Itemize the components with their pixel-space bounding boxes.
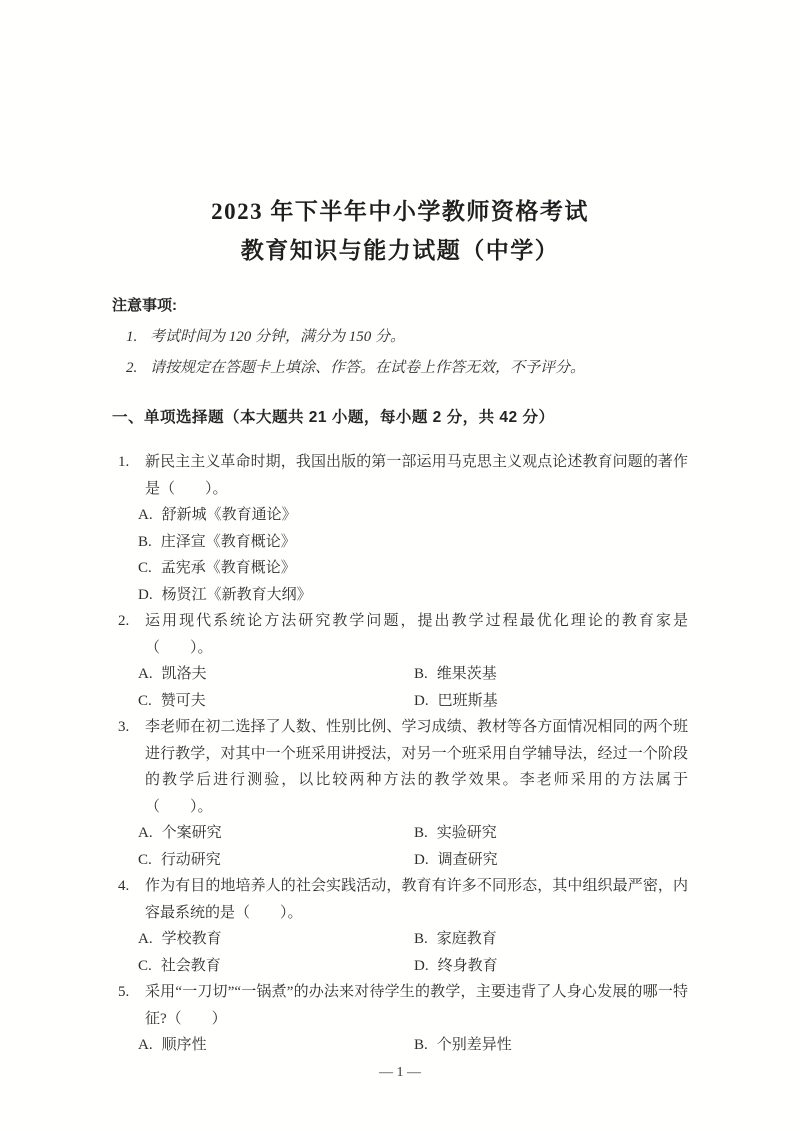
option-d: D.调查研究 <box>414 847 688 874</box>
option-label: B. <box>414 926 428 953</box>
option-label: B. <box>414 1032 428 1059</box>
question-body: 作为有目的地培养人的社会实践活动，教育有许多不同形态，其中组织最严密，内容最系统… <box>145 873 688 979</box>
option-c: C.社会教育 <box>138 953 414 980</box>
question-item-4: 4. 作为有目的地培养人的社会实践活动，教育有许多不同形态，其中组织最严密，内容… <box>118 873 688 979</box>
notice-section: 注意事项: 1. 考试时间为 120 分钟，满分为 150 分。 2. 请按规定… <box>118 294 688 384</box>
option-text: 舒新城《教育通论》 <box>162 507 297 523</box>
option-b: B.个别差异性 <box>414 1032 688 1059</box>
option-label: B. <box>138 529 152 556</box>
notice-item-text: 考试时间为 120 分钟，满分为 150 分。 <box>150 322 405 353</box>
option-d: D.终身教育 <box>414 953 688 980</box>
option-label: C. <box>138 847 152 874</box>
option-label: A. <box>138 1032 153 1059</box>
option-text: 学校教育 <box>162 931 222 947</box>
notice-item-text: 请按规定在答题卡上填涂、作答。在试卷上作答无效，不予评分。 <box>150 353 585 384</box>
option-a: A.学校教育 <box>138 926 414 953</box>
option-c: C.赞可夫 <box>138 688 414 715</box>
question-body: 新民主主义革命时期，我国出版的第一部运用马克思主义观点论述教育问题的著作是（ ）… <box>145 449 688 608</box>
question-number: 2. <box>118 608 145 635</box>
option-text: 行动研究 <box>161 852 221 868</box>
option-label: A. <box>138 926 153 953</box>
option-text: 终身教育 <box>438 958 498 974</box>
option-text: 社会教育 <box>161 958 221 974</box>
question-number: 4. <box>118 873 145 900</box>
question-item-5: 5. 采用“一刀切”“一锅煮”的办法来对待学生的教学，主要违背了人身心发展的哪一… <box>118 979 688 1059</box>
option-label: D. <box>414 953 429 980</box>
page-number: — 1 — <box>0 1062 800 1084</box>
option-b: B.维果茨基 <box>414 661 688 688</box>
question-text: 运用现代系统论方法研究教学问题，提出教学过程最优化理论的教育家是（ ）。 <box>145 608 688 661</box>
exam-title-line2: 教育知识与能力试题（中学） <box>0 231 800 270</box>
question-text: 作为有目的地培养人的社会实践活动，教育有许多不同形态，其中组织最严密，内容最系统… <box>145 873 688 926</box>
option-label: C. <box>138 953 152 980</box>
option-c: C.行动研究 <box>138 847 414 874</box>
option-text: 顺序性 <box>162 1037 207 1053</box>
option-c: C.孟宪承《教育概论》 <box>138 555 688 582</box>
section-heading: 一、单项选择题（本大题共 21 小题，每小题 2 分，共 42 分） <box>112 405 688 427</box>
option-a: A.个案研究 <box>138 820 414 847</box>
notice-item: 2. 请按规定在答题卡上填涂、作答。在试卷上作答无效，不予评分。 <box>126 353 688 384</box>
option-text: 凯洛夫 <box>162 666 207 682</box>
option-label: B. <box>414 661 428 688</box>
notice-heading: 注意事项: <box>112 294 688 315</box>
option-label: C. <box>138 555 152 582</box>
exam-title-line1: 2023 年下半年中小学教师资格考试 <box>0 192 800 231</box>
option-a: A.舒新城《教育通论》 <box>138 502 688 529</box>
option-text: 庄泽宣《教育概论》 <box>161 534 296 550</box>
option-d: D.巴班斯基 <box>414 688 688 715</box>
option-list: A.个案研究 B.实验研究 C.行动研究 D.调查研究 <box>138 820 688 873</box>
question-item-1: 1. 新民主主义革命时期，我国出版的第一部运用马克思主义观点论述教育问题的著作是… <box>118 449 688 608</box>
option-label: D. <box>414 847 429 874</box>
option-list: A.顺序性 B.个别差异性 <box>138 1032 688 1059</box>
notice-item: 1. 考试时间为 120 分钟，满分为 150 分。 <box>126 322 688 353</box>
option-label: A. <box>138 502 153 529</box>
exam-title: 2023 年下半年中小学教师资格考试 教育知识与能力试题（中学） <box>0 0 800 270</box>
option-a: A.凯洛夫 <box>138 661 414 688</box>
question-body: 李老师在初二选择了人数、性别比例、学习成绩、教材等各方面情况相同的两个班进行教学… <box>145 714 688 873</box>
question-body: 采用“一刀切”“一锅煮”的办法来对待学生的教学，主要违背了人身心发展的哪一特征?… <box>145 979 688 1059</box>
question-number: 5. <box>118 979 145 1006</box>
option-b: B.庄泽宣《教育概论》 <box>138 529 688 556</box>
option-text: 个别差异性 <box>437 1037 512 1053</box>
question-text: 李老师在初二选择了人数、性别比例、学习成绩、教材等各方面情况相同的两个班进行教学… <box>145 714 688 820</box>
question-item-3: 3. 李老师在初二选择了人数、性别比例、学习成绩、教材等各方面情况相同的两个班进… <box>118 714 688 873</box>
option-text: 杨贤江《新教育大纲》 <box>162 587 312 603</box>
question-text: 采用“一刀切”“一锅煮”的办法来对待学生的教学，主要违背了人身心发展的哪一特征?… <box>145 979 688 1032</box>
option-text: 维果茨基 <box>437 666 497 682</box>
option-a: A.顺序性 <box>138 1032 414 1059</box>
option-list: A.舒新城《教育通论》 B.庄泽宣《教育概论》 C.孟宪承《教育概论》 D.杨贤… <box>138 502 688 608</box>
notice-items: 1. 考试时间为 120 分钟，满分为 150 分。 2. 请按规定在答题卡上填… <box>126 322 688 384</box>
content-column: 注意事项: 1. 考试时间为 120 分钟，满分为 150 分。 2. 请按规定… <box>0 294 800 1059</box>
option-label: C. <box>138 688 152 715</box>
notice-item-number: 1. <box>126 322 150 353</box>
question-number: 1. <box>118 449 145 476</box>
option-text: 赞可夫 <box>161 693 206 709</box>
option-text: 调查研究 <box>438 852 498 868</box>
option-list: A.学校教育 B.家庭教育 C.社会教育 D.终身教育 <box>138 926 688 979</box>
option-text: 实验研究 <box>437 825 497 841</box>
option-b: B.实验研究 <box>414 820 688 847</box>
question-item-2: 2. 运用现代系统论方法研究教学问题，提出教学过程最优化理论的教育家是（ ）。 … <box>118 608 688 714</box>
exam-paper-page: 2023 年下半年中小学教师资格考试 教育知识与能力试题（中学） 注意事项: 1… <box>0 0 800 1131</box>
option-label: D. <box>414 688 429 715</box>
question-body: 运用现代系统论方法研究教学问题，提出教学过程最优化理论的教育家是（ ）。 A.凯… <box>145 608 688 714</box>
option-d: D.杨贤江《新教育大纲》 <box>138 582 688 609</box>
option-text: 巴班斯基 <box>438 693 498 709</box>
option-label: A. <box>138 661 153 688</box>
question-number: 3. <box>118 714 145 741</box>
question-list: 1. 新民主主义革命时期，我国出版的第一部运用马克思主义观点论述教育问题的著作是… <box>118 449 688 1059</box>
option-b: B.家庭教育 <box>414 926 688 953</box>
option-label: A. <box>138 820 153 847</box>
option-text: 家庭教育 <box>437 931 497 947</box>
option-label: B. <box>414 820 428 847</box>
option-list: A.凯洛夫 B.维果茨基 C.赞可夫 D.巴班斯基 <box>138 661 688 714</box>
option-label: D. <box>138 582 153 609</box>
question-text: 新民主主义革命时期，我国出版的第一部运用马克思主义观点论述教育问题的著作是（ ）… <box>145 449 688 502</box>
option-text: 个案研究 <box>162 825 222 841</box>
option-text: 孟宪承《教育概论》 <box>161 560 296 576</box>
notice-item-number: 2. <box>126 353 150 384</box>
